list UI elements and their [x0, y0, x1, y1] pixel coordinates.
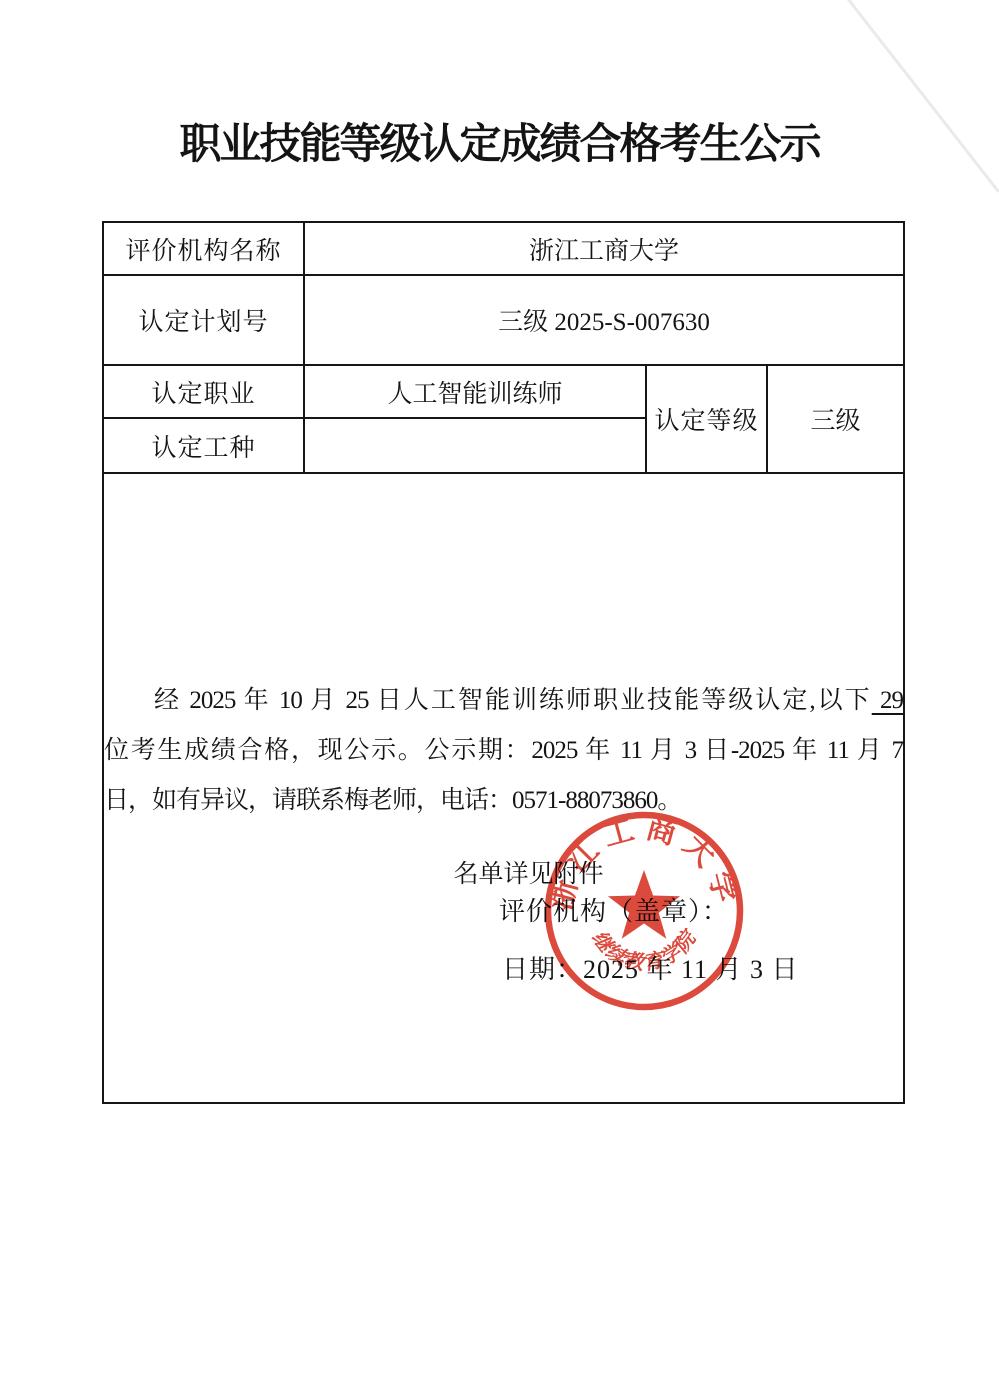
work-type-label: 认定工种 [103, 418, 304, 473]
announcement-line-1-text: 经 2025 年 10 月 25 日人工智能训练师职业技能等级认定,以下 [154, 687, 872, 714]
page-title: 职业技能等级认定成绩合格考生公示 [0, 121, 999, 169]
plan-number-value: 三级 2025-S-007630 [304, 275, 904, 365]
grade-label: 认定等级 [646, 365, 767, 473]
org-name-label: 评价机构名称 [103, 222, 304, 275]
signature-org-line: 评价机构（盖章）： [499, 897, 729, 927]
table-row: 认定职业 人工智能训练师 认定等级 三级 [103, 365, 904, 418]
signature-date-line: 日期：2025 年 11 月 3 日 [502, 955, 799, 985]
announcement-line-3: 日，如有异议，请联系梅老师，电话：0571-88073860。 [104, 776, 903, 826]
grade-value: 三级 [767, 365, 904, 473]
occupation-value: 人工智能训练师 [304, 365, 646, 418]
org-name-value: 浙江工商大学 [304, 222, 904, 275]
announcement-line-1: 经 2025 年 10 月 25 日人工智能训练师职业技能等级认定,以下 29 [104, 676, 903, 726]
announcement-line-2: 位考生成绩合格，现公示。公示期：2025 年 11 月 3 日-2025 年 1… [104, 726, 903, 776]
table-row: 评价机构名称 浙江工商大学 [103, 222, 904, 275]
attachment-note: 名单详见附件 [104, 850, 903, 900]
occupation-label: 认定职业 [103, 365, 304, 418]
table-row: 经 2025 年 10 月 25 日人工智能训练师职业技能等级认定,以下 29 … [103, 473, 904, 1103]
qualified-count: 29 [872, 687, 903, 714]
table-row: 认定计划号 三级 2025-S-007630 [103, 275, 904, 365]
plan-number-label: 认定计划号 [103, 275, 304, 365]
announcement-body-cell: 经 2025 年 10 月 25 日人工智能训练师职业技能等级认定,以下 29 … [103, 473, 904, 1103]
work-type-value [304, 418, 646, 473]
document-page: 职业技能等级认定成绩合格考生公示 评价机构名称 浙江工商大学 认定计划号 三级 … [0, 0, 999, 1399]
